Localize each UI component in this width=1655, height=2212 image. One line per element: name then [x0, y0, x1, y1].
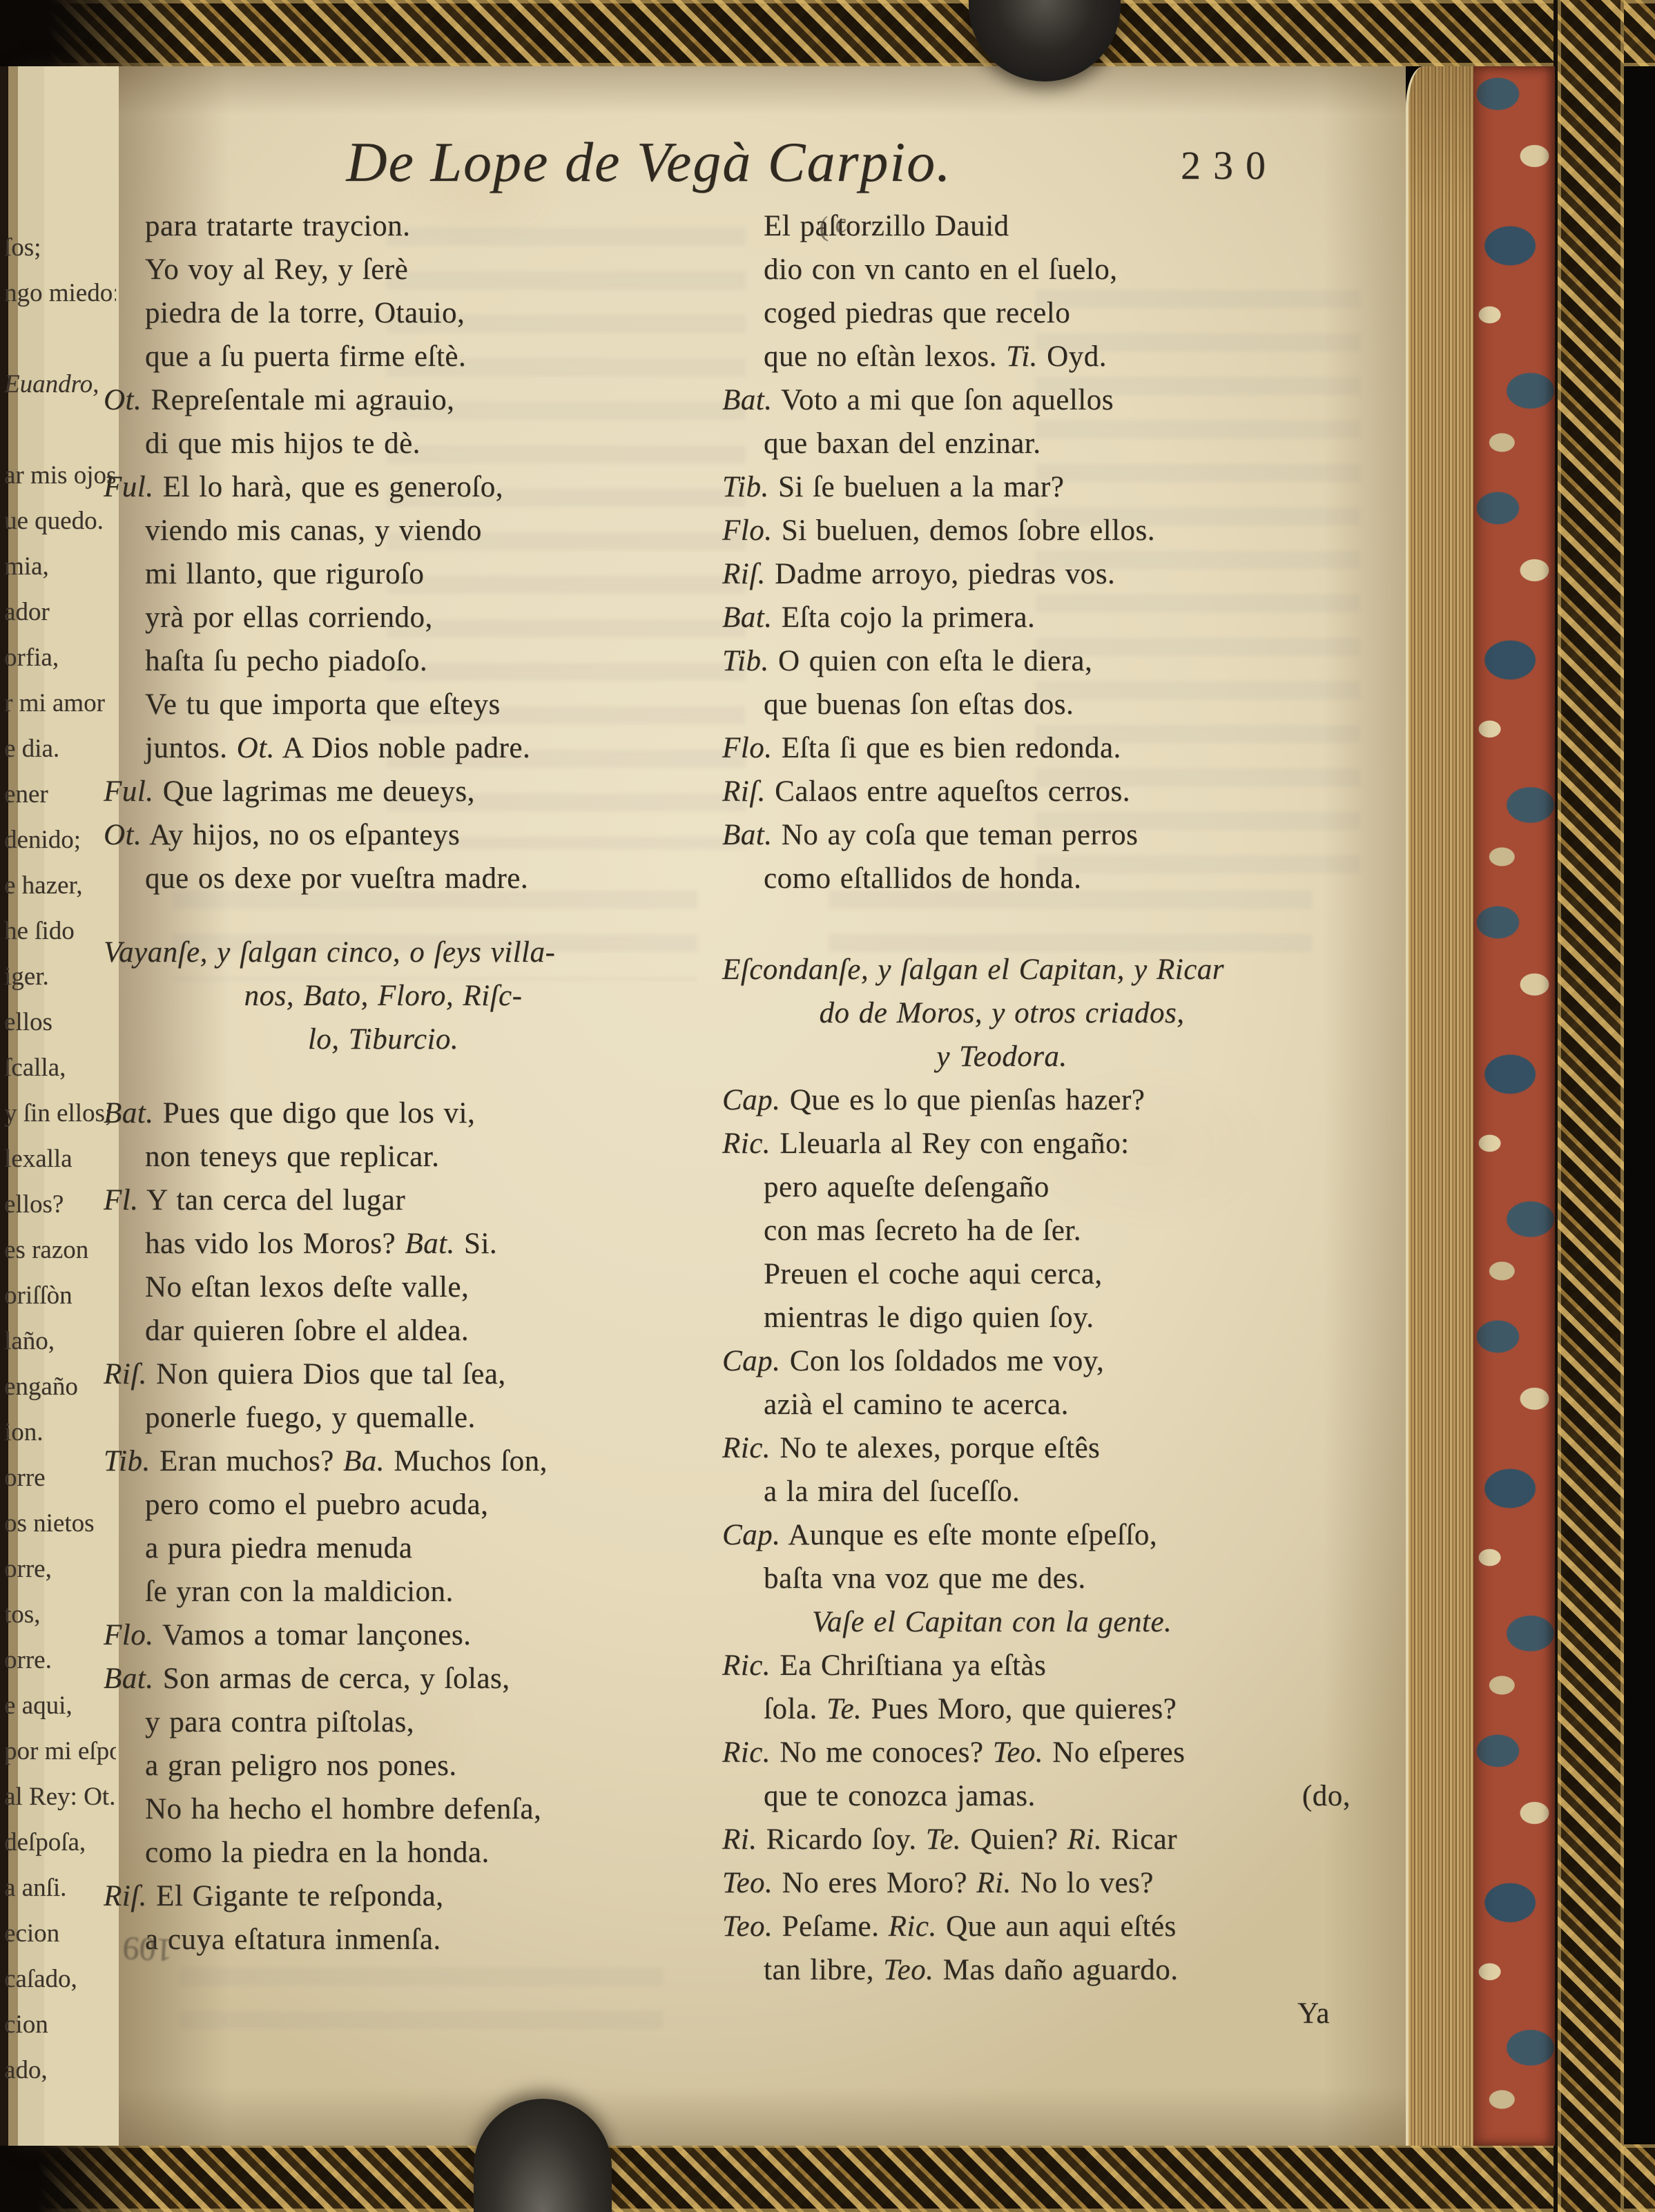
- verse-line: Riſ. Dadme arroyo, piedras vos.: [722, 552, 1378, 596]
- line-gap: [722, 900, 1378, 948]
- verse-line: mientras le digo quien ſoy.: [722, 1296, 1378, 1339]
- verse-line: piedra de la torre, Otauio,: [104, 291, 759, 335]
- text-column-left: para tratarte traycion.Yo voy al Rey, y …: [104, 204, 759, 1961]
- verse-line: Riſ. El Gigante te reſponda,: [104, 1874, 759, 1918]
- verse-line: No ha hecho el hombre defenſa,: [104, 1787, 759, 1831]
- marbled-endpaper-strip: [1473, 66, 1555, 2146]
- verse-line: baſta vna voz que me des.: [722, 1557, 1378, 1600]
- stage-direction-line: y Teodora.: [722, 1035, 1378, 1078]
- gilded-fore-edge: [1406, 66, 1476, 2146]
- verse-line: Riſ. Non quiera Dios que tal ſea,: [104, 1352, 759, 1396]
- fragment-gap: [4, 407, 116, 453]
- verse-line: que no eſtàn lexos. Ti. Oyd.: [722, 335, 1378, 378]
- verse-line: Cap. Que es lo que pienſas hazer?: [722, 1078, 1378, 1122]
- verse-line: Yo voy al Rey, y ſerè: [104, 248, 759, 291]
- gutter-text-fragment: r mi amor: [4, 681, 116, 726]
- gutter-text-fragment: Euandro,: [4, 362, 116, 407]
- dark-corner-top-left: [0, 0, 193, 66]
- gutter-text-fragment: cion: [4, 2002, 116, 2048]
- verse-line: Ric. Lleuarla al Rey con engaño:: [722, 1122, 1378, 1165]
- verse-line: Riſ. Calaos entre aqueſtos cerros.: [722, 770, 1378, 813]
- verse-line: como eſtallidos de honda.: [722, 857, 1378, 900]
- gutter-text-fragment: os nietos: [4, 1501, 116, 1546]
- gutter-text-fragment: orre.: [4, 1638, 116, 1683]
- verse-line: Flo. Vamos a tomar lançones.: [104, 1613, 759, 1657]
- gutter-text-fragment: ar mis ojos: [4, 453, 116, 498]
- verse-line: a pura piedra menuda: [104, 1526, 759, 1570]
- gutter-text-fragment: orfia,: [4, 635, 116, 681]
- verse-line: Ric. No me conoces? Teo. No eſperes: [722, 1731, 1378, 1774]
- verse-line: Ot. Repreſentale mi agrauio,: [104, 378, 759, 422]
- dark-corner-bottom-left: [0, 2144, 152, 2212]
- gutter-text-fragment: ion.: [4, 1410, 116, 1455]
- gutter-text-fragment: ado,: [4, 2048, 116, 2093]
- gutter-text-fragment: orre,: [4, 1546, 116, 1592]
- gutter-text-fragment: a anſi.: [4, 1865, 116, 1911]
- verse-line: que a ſu puerta firme eſtè.: [104, 335, 759, 378]
- verse-line: yrà por ellas corriendo,: [104, 596, 759, 639]
- verse-line: Ful. El lo harà, que es generoſo,: [104, 465, 759, 509]
- verse-line: Teo. Peſame. Ric. Que aun aqui eſtés: [722, 1905, 1378, 1948]
- fragment-gap: [4, 316, 116, 362]
- ink-showthrough: [180, 1968, 663, 2030]
- verse-line: Ric. Ea Chriſtiana ya eſtàs: [722, 1644, 1378, 1687]
- verse-line: mi llanto, que riguroſo: [104, 552, 759, 596]
- verse-line: pero aqueſte deſengaño: [722, 1165, 1378, 1209]
- verse-line: para tratarte traycion.: [104, 204, 759, 248]
- showthrough-signature-mark: 109: [122, 1929, 174, 1970]
- verse-line: has vido los Moros? Bat. Si.: [104, 1222, 759, 1265]
- verse-line: a gran peligro nos pones.: [104, 1744, 759, 1787]
- gutter-text-fragment: deſpoſa,: [4, 1820, 116, 1865]
- gutter-text-fragment: ellos?: [4, 1182, 116, 1228]
- gutter-text-fragment: tos,: [4, 1592, 116, 1638]
- stage-direction-line: lo, Tiburcio.: [104, 1018, 759, 1061]
- verse-line: que os dexe por vueſtra madre.: [104, 857, 759, 900]
- verse-line: pero como el puebro acuda,: [104, 1483, 759, 1526]
- verse-line: Ful. Que lagrimas me deueys,: [104, 770, 759, 813]
- gutter-text-fragment: iger.: [4, 954, 116, 1000]
- verse-line: Ve tu que importa que eſteys: [104, 683, 759, 726]
- gutter-text-fragment: es razon: [4, 1228, 116, 1273]
- verse-line: tan libre, Teo. Mas daño aguardo.: [722, 1948, 1378, 1992]
- stage-direction-line: Vaſe el Capitan con la gente.: [722, 1600, 1378, 1644]
- gutter-text-fragment: por mi eſpoſa: [4, 1729, 116, 1774]
- verse-line: ſe yran con la maldicion.: [104, 1570, 759, 1613]
- verse-line: Ric. No te alexes, porque eſtês: [722, 1426, 1378, 1470]
- gutter-text-fragment: ue quedo.: [4, 498, 116, 544]
- gilt-border-right: [1554, 0, 1624, 2212]
- line-gap: [104, 1061, 759, 1092]
- stage-direction-line: nos, Bato, Floro, Riſc-: [104, 974, 759, 1018]
- book-photo-scene: De Lope de Vegà Carpio. 230 para tratart…: [0, 0, 1655, 2212]
- verse-line: como la piedra en la honda.: [104, 1831, 759, 1874]
- verse-line: viendo mis canas, y viendo: [104, 509, 759, 552]
- verse-line: Preuen el coche aqui cerca,: [722, 1252, 1378, 1296]
- verse-line: ponerle fuego, y quemalle.: [104, 1396, 759, 1439]
- verse-line: Bat. Voto a mi que ſon aquellos: [722, 378, 1378, 422]
- stage-direction-line: Vayanſe, y ſalgan cinco, o ſeys villa-: [104, 931, 759, 974]
- verse-line: Tib. O quien con eſta le diera,: [722, 639, 1378, 683]
- gutter-text-fragment: caſado,: [4, 1957, 116, 2002]
- gutter-text-fragment: lexalla: [4, 1136, 116, 1182]
- gutter-text-fragment: engaño: [4, 1364, 116, 1410]
- page-number: 230: [1181, 142, 1278, 188]
- verse-line: a cuya eſtatura inmenſa.: [104, 1918, 759, 1961]
- gutter-text-fragment: ngo miedo:: [4, 271, 116, 316]
- verse-line: Bat. No ay coſa que teman perros: [722, 813, 1378, 857]
- verse-line: que buenas ſon eſtas dos.: [722, 683, 1378, 726]
- verse-line: ſola. Te. Pues Moro, que quieres?: [722, 1687, 1378, 1731]
- verse-line: Flo. Eſta ſi que es bien redonda.: [722, 726, 1378, 770]
- gutter-text-fragment: mia,: [4, 544, 116, 590]
- verse-line: Flo. Si bueluen, demos ſobre ellos.: [722, 509, 1378, 552]
- verse-line: azià el camino te acerca.: [722, 1383, 1378, 1426]
- gutter-text-fragment: laño,: [4, 1319, 116, 1364]
- verse-line: Bat. Son armas de cerca, y ſolas,: [104, 1657, 759, 1700]
- gutter-text-fragment: ſcalla,: [4, 1045, 116, 1091]
- verse-line: con mas ſecreto ha de ſer.: [722, 1209, 1378, 1252]
- verse-line: a la mira del ſuceſſo.: [722, 1470, 1378, 1513]
- gutter-text-fragment: ener: [4, 772, 116, 817]
- gutter-text-fragment: ecion: [4, 1911, 116, 1957]
- verse-line: Tib. Si ſe bueluen a la mar?: [722, 465, 1378, 509]
- gutter-text-fragment: ellos: [4, 1000, 116, 1045]
- verse-line: que baxan del enzinar.: [722, 422, 1378, 465]
- verse-line: Ot. Ay hijos, no os eſpanteys: [104, 813, 759, 857]
- stage-direction-line: Eſcondanſe, y ſalgan el Capitan, y Ricar: [722, 948, 1378, 991]
- gutter-text-fragment: y ſin ellos;: [4, 1091, 116, 1136]
- text-column-right: El paſtorzillo Dauiddio con vn canto en …: [722, 204, 1378, 2035]
- gutter-text-fragment: oriſſòn: [4, 1273, 116, 1319]
- line-gap: [104, 900, 759, 931]
- gutter-text-fragment: orre: [4, 1455, 116, 1501]
- gutter-text-fragment: e aqui,: [4, 1683, 116, 1729]
- gutter-text-fragment: he ſido: [4, 909, 116, 954]
- catchword: Ya: [722, 1992, 1378, 2035]
- gutter-text-fragment: ſos;: [4, 225, 116, 271]
- gutter-text-fragment: ador: [4, 590, 116, 635]
- gutter-text-fragment: e hazer,: [4, 863, 116, 909]
- gilt-border-top: [0, 0, 1655, 66]
- verse-line: Cap. Aunque es eſte monte eſpeſſo,: [722, 1513, 1378, 1557]
- gilt-border-bottom: [0, 2144, 1655, 2212]
- verse-line: y para contra piſtolas,: [104, 1700, 759, 1744]
- verse-line: haſta ſu pecho piadoſo.: [104, 639, 759, 683]
- verse-line: que te conozca jamas.(do,: [722, 1774, 1378, 1818]
- turnover-note: (do,: [1302, 1774, 1351, 1818]
- verse-line: non teneys que replicar.: [104, 1135, 759, 1178]
- verse-line: Teo. No eres Moro? Ri. No lo ves?: [722, 1861, 1378, 1905]
- verse-line: Bat. Eſta cojo la primera.: [722, 596, 1378, 639]
- verse-line: dio con vn canto en el ſuelo,: [722, 248, 1378, 291]
- gutter-text-fragments: ſos;ngo miedo:Euandro,ar mis ojosue qued…: [4, 66, 116, 2146]
- verse-line: di que mis hijos te dè.: [104, 422, 759, 465]
- gutter-text-fragment: e dia.: [4, 726, 116, 772]
- verse-line: Fl. Y tan cerca del lugar: [104, 1178, 759, 1222]
- running-header-title: De Lope de Vegà Carpio.: [290, 130, 1008, 195]
- verse-line: Bat. Pues que digo que los vi,: [104, 1092, 759, 1135]
- verse-line: dar quieren ſobre el aldea.: [104, 1309, 759, 1352]
- verse-line: Ri. Ricardo ſoy. Te. Quien? Ri. Ricar: [722, 1818, 1378, 1861]
- gutter-text-fragment: al Rey: Ot. Si: [4, 1774, 116, 1820]
- gutter-text-fragment: denido;: [4, 817, 116, 863]
- verse-line: Tib. Eran muchos? Ba. Muchos ſon,: [104, 1439, 759, 1483]
- verse-line: Cap. Con los ſoldados me voy,: [722, 1339, 1378, 1383]
- verse-line: juntos. Ot. A Dios noble padre.: [104, 726, 759, 770]
- verse-line: No eſtan lexos deſte valle,: [104, 1265, 759, 1309]
- stage-direction-line: do de Moros, y otros criados,: [722, 991, 1378, 1035]
- verse-line: coged piedras que recelo: [722, 291, 1378, 335]
